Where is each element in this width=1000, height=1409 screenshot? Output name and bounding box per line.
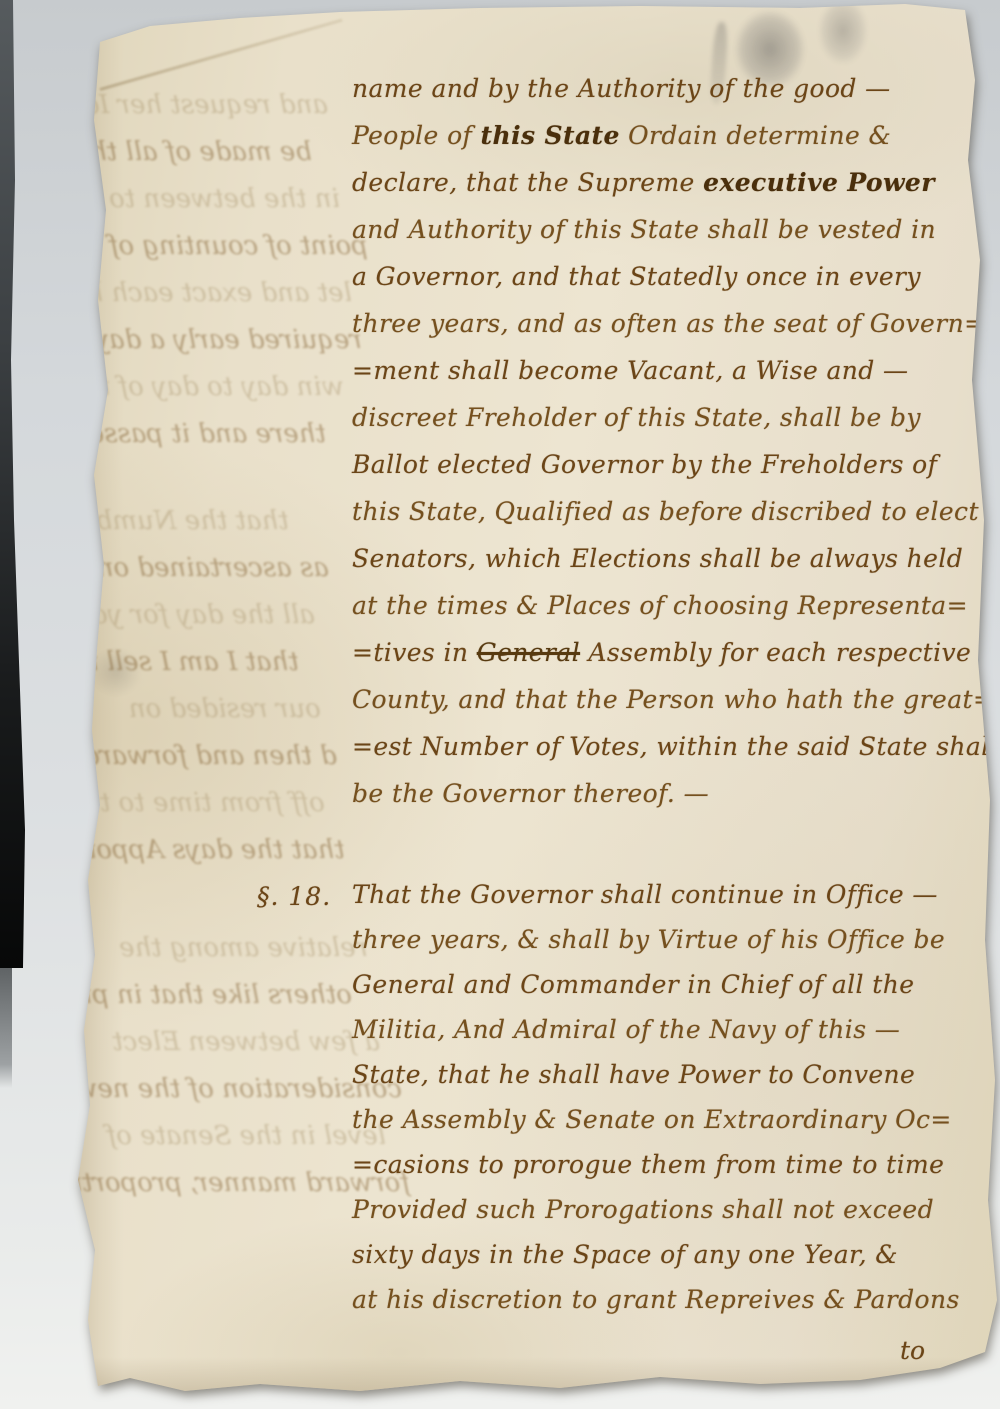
manuscript-line: County, and that the Person who hath the… bbox=[352, 685, 998, 732]
manuscript-line: and request her Idea bbox=[28, 82, 328, 129]
manuscript-line: the Assembly & Senate on Extraordinary O… bbox=[352, 1105, 960, 1150]
manuscript-line: three years, and as often as the seat of… bbox=[352, 309, 998, 356]
manuscript-line: a few between Elect bbox=[0, 1019, 380, 1066]
text-segment: declare, that the Supreme bbox=[352, 168, 703, 197]
manuscript-line: at his discretion to grant Repreives & P… bbox=[352, 1285, 960, 1330]
manuscript-line: this State, Qualified as before discribe… bbox=[352, 497, 998, 544]
manuscript-line: all the day for your own bbox=[0, 592, 315, 639]
manuscript-line: =tives in General Assembly for each resp… bbox=[352, 638, 998, 685]
manuscript-line: and Authority of this State shall be ves… bbox=[352, 215, 998, 262]
text-segment: Ordain determine & bbox=[620, 121, 891, 150]
text-segment: Assembly for each respective bbox=[580, 638, 971, 667]
manuscript-line: there and it passed bbox=[28, 411, 326, 458]
manuscript-line: General and Commander in Chief of all th… bbox=[352, 970, 960, 1015]
manuscript-line: let and exact each hand bbox=[28, 270, 352, 317]
manuscript-line: that the Number bbox=[0, 498, 289, 545]
manuscript-line: off from time to time bbox=[0, 780, 325, 827]
manuscript-line: Ballot elected Governor by the Freholder… bbox=[352, 450, 998, 497]
manuscript-line: =ment shall become Vacant, a Wise and — bbox=[352, 356, 998, 403]
bleedthrough-text-top: and request her Ideabe made of all their… bbox=[28, 82, 370, 458]
paragraph-2: That the Governor shall continue in Offi… bbox=[352, 880, 960, 1330]
manuscript-line: a Governor, and that Statedly once in ev… bbox=[352, 262, 998, 309]
manuscript-line: level in the Senate of bbox=[0, 1113, 386, 1160]
manuscript-line: Senators, which Elections shall be alway… bbox=[352, 544, 998, 591]
manuscript-line: required early a day over bbox=[28, 317, 362, 364]
text-segment: =tives in bbox=[352, 638, 477, 667]
manuscript-line: three years, & shall by Virtue of his Of… bbox=[352, 925, 960, 970]
emphasized-text: this State bbox=[481, 121, 620, 150]
paragraph-1: name and by the Authority of the good —P… bbox=[352, 74, 998, 826]
manuscript-page-wrap: and request her Ideabe made of all their… bbox=[0, 0, 1000, 1409]
manuscript-line: name and by the Authority of the good — bbox=[352, 74, 998, 121]
emphasized-text: executive Power bbox=[703, 168, 935, 197]
manuscript-line: forward manner, proportionate bbox=[0, 1160, 410, 1207]
manuscript-line: =est Number of Votes, within the said St… bbox=[352, 732, 998, 779]
struck-word: General bbox=[477, 638, 580, 667]
manuscript-line: d then and forward bbox=[0, 733, 337, 780]
manuscript-line: discreet Freholder of this State, shall … bbox=[352, 403, 998, 450]
manuscript-line: consideration of the new bbox=[0, 1066, 402, 1113]
manuscript-line: be the Governor thereof. — bbox=[352, 779, 998, 826]
manuscript-line: win day to day of the bbox=[28, 364, 344, 411]
fold-crease bbox=[100, 19, 343, 91]
manuscript-line: others like that in pro bbox=[0, 972, 352, 1019]
manuscript-line: that I am I sell it bbox=[0, 639, 299, 686]
manuscript-line: that the days Appointed bbox=[0, 827, 345, 874]
manuscript-line: at the times & Places of choosing Repres… bbox=[352, 591, 998, 638]
catchword: to bbox=[900, 1336, 925, 1365]
manuscript-line: declare, that the Supreme executive Powe… bbox=[352, 168, 998, 215]
manuscript-line: relative among the bbox=[0, 925, 368, 972]
manuscript-line: point of counting of this bbox=[28, 223, 368, 270]
manuscript-line: in the between to sell bbox=[28, 176, 340, 223]
text-segment: People of bbox=[352, 121, 481, 150]
manuscript-line: People of this State Ordain determine & bbox=[352, 121, 998, 168]
ink-smudge-top-right-2 bbox=[814, 2, 872, 74]
manuscript-line: Provided such Prorogations shall not exc… bbox=[352, 1195, 960, 1240]
paper-edge-shading-bottom bbox=[0, 1357, 1000, 1397]
manuscript-line: =casions to prorogue them from time to t… bbox=[352, 1150, 960, 1195]
manuscript-line: as ascertained on bbox=[0, 545, 329, 592]
manuscript-page: and request her Ideabe made of all their… bbox=[0, 0, 1000, 1409]
manuscript-line: our resided on bbox=[0, 686, 321, 733]
manuscript-line: State, that he shall have Power to Conve… bbox=[352, 1060, 960, 1105]
manuscript-line: That the Governor shall continue in Offi… bbox=[352, 880, 960, 925]
bleedthrough-text-middle: that the Numberas ascertained onall the … bbox=[0, 498, 351, 874]
manuscript-line: Militia, And Admiral of the Navy of this… bbox=[352, 1015, 960, 1060]
manuscript-line: be made of all their bbox=[28, 129, 312, 176]
manuscript-line: sixty days in the Space of any one Year,… bbox=[352, 1240, 960, 1285]
section-number: §. 18. bbox=[257, 882, 331, 911]
